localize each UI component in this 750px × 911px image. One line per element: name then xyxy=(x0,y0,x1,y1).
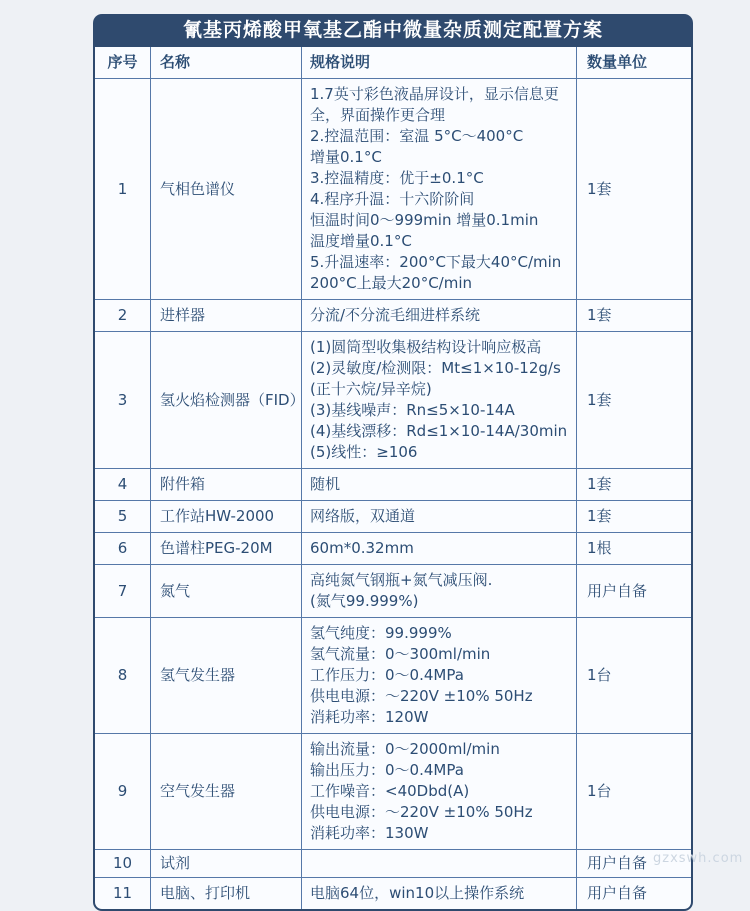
row-spec: 60m*0.32mm xyxy=(302,533,577,565)
header-no: 序号 xyxy=(95,47,151,79)
row-name: 氢火焰检测器（FID） xyxy=(151,332,302,469)
table-row: 1 气相色谱仪 1.7英寸彩色液晶屏设计，显示信息更 全，界面操作更合理 2.控… xyxy=(95,79,691,300)
header-name: 名称 xyxy=(151,47,302,79)
row-qty: 1套 xyxy=(577,501,691,533)
row-name: 空气发生器 xyxy=(151,734,302,850)
header-spec: 规格说明 xyxy=(302,47,577,79)
row-name: 气相色谱仪 xyxy=(151,79,302,300)
row-name: 进样器 xyxy=(151,300,302,332)
spec-table: 序号 名称 规格说明 数量单位 1 气相色谱仪 1.7英寸彩色液晶屏设计，显示信… xyxy=(93,47,693,911)
table-row: 4 附件箱 随机 1套 xyxy=(95,469,691,501)
row-qty: 1套 xyxy=(577,79,691,300)
row-spec: 1.7英寸彩色液晶屏设计，显示信息更 全，界面操作更合理 2.控温范围：室温 5… xyxy=(302,79,577,300)
row-no: 7 xyxy=(95,565,151,618)
row-no: 6 xyxy=(95,533,151,565)
row-spec: (1)圆筒型收集极结构设计响应极高 (2)灵敏度/检测限：Mt≤1×10-12g… xyxy=(302,332,577,469)
row-no: 2 xyxy=(95,300,151,332)
row-qty: 1台 xyxy=(577,618,691,734)
row-qty: 1根 xyxy=(577,533,691,565)
table-row: 6 色谱柱PEG-20M 60m*0.32mm 1根 xyxy=(95,533,691,565)
table-row: 5 工作站HW-2000 网络版，双通道 1套 xyxy=(95,501,691,533)
row-spec: 电脑64位，win10以上操作系统 xyxy=(302,878,577,909)
row-no: 11 xyxy=(95,878,151,909)
table-header-row: 序号 名称 规格说明 数量单位 xyxy=(95,47,691,79)
row-name: 氢气发生器 xyxy=(151,618,302,734)
row-qty: 1套 xyxy=(577,300,691,332)
row-qty: 1套 xyxy=(577,469,691,501)
row-name: 附件箱 xyxy=(151,469,302,501)
row-no: 4 xyxy=(95,469,151,501)
table-row: 3 氢火焰检测器（FID） (1)圆筒型收集极结构设计响应极高 (2)灵敏度/检… xyxy=(95,332,691,469)
row-name: 电脑、打印机 xyxy=(151,878,302,909)
row-spec: 随机 xyxy=(302,469,577,501)
row-name: 工作站HW-2000 xyxy=(151,501,302,533)
row-spec: 分流/不分流毛细进样系统 xyxy=(302,300,577,332)
row-no: 8 xyxy=(95,618,151,734)
row-qty: 用户自备 xyxy=(577,878,691,909)
row-name: 氮气 xyxy=(151,565,302,618)
row-no: 9 xyxy=(95,734,151,850)
row-qty: 1套 xyxy=(577,332,691,469)
row-name: 色谱柱PEG-20M xyxy=(151,533,302,565)
table-row: 7 氮气 高纯氮气钢瓶+氮气减压阀. (氮气99.999%) 用户自备 xyxy=(95,565,691,618)
table-row: 2 进样器 分流/不分流毛细进样系统 1套 xyxy=(95,300,691,332)
site-watermark: gzxswh.com xyxy=(653,851,743,866)
row-qty: 1台 xyxy=(577,734,691,850)
row-spec: 输出流量：0～2000ml/min 输出压力：0～0.4MPa 工作噪音：<40… xyxy=(302,734,577,850)
page-title: 氰基丙烯酸甲氧基乙酯中微量杂质测定配置方案 xyxy=(93,14,693,47)
row-spec: 氢气纯度：99.999% 氢气流量：0～300ml/min 工作压力：0～0.4… xyxy=(302,618,577,734)
row-spec: 高纯氮气钢瓶+氮气减压阀. (氮气99.999%) xyxy=(302,565,577,618)
row-no: 1 xyxy=(95,79,151,300)
row-spec: 网络版，双通道 xyxy=(302,501,577,533)
row-qty: 用户自备 xyxy=(577,565,691,618)
table-row: 11 电脑、打印机 电脑64位，win10以上操作系统 用户自备 xyxy=(95,878,691,909)
row-no: 3 xyxy=(95,332,151,469)
spec-table-card: 氰基丙烯酸甲氧基乙酯中微量杂质测定配置方案 序号 名称 规格说明 数量单位 1 … xyxy=(93,14,693,911)
table-row: 8 氢气发生器 氢气纯度：99.999% 氢气流量：0～300ml/min 工作… xyxy=(95,618,691,734)
table-row: 9 空气发生器 输出流量：0～2000ml/min 输出压力：0～0.4MPa … xyxy=(95,734,691,850)
header-qty: 数量单位 xyxy=(577,47,691,79)
row-no: 5 xyxy=(95,501,151,533)
